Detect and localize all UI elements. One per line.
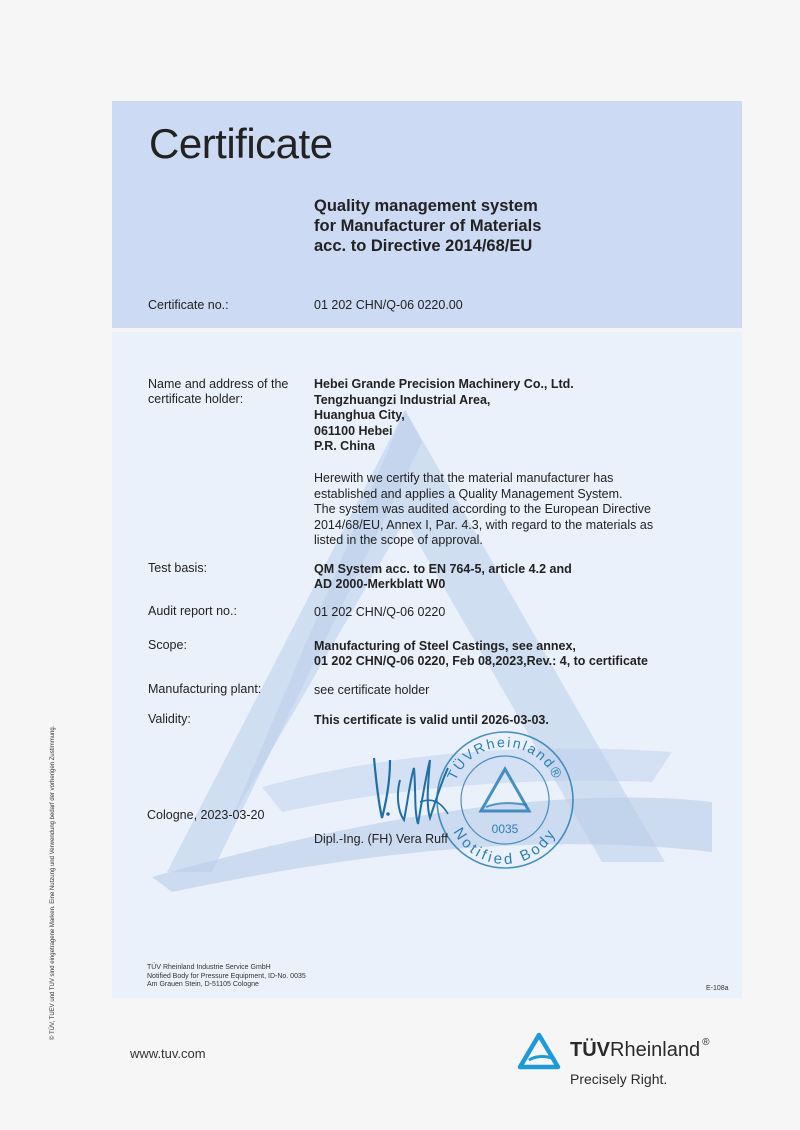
certificate-no-value: 01 202 CHN/Q-06 0220.00: [314, 298, 463, 313]
test-basis-value: QM System acc. to EN 764-5, article 4.2 …: [314, 562, 572, 592]
place-and-date: Cologne, 2023-03-20: [147, 808, 264, 822]
manufacturing-plant-label: Manufacturing plant:: [148, 682, 261, 697]
svg-text:0035: 0035: [492, 822, 519, 836]
certificate-no-label: Certificate no.:: [148, 298, 229, 313]
signer-name: Dipl.-Ing. (FH) Vera Ruff: [314, 832, 448, 846]
trademark-notice: © TÜV, TUEV und TUV sind eingetragene Ma…: [50, 726, 56, 1040]
issuer-address: TÜV Rheinland Industrie Service GmbH Not…: [147, 964, 306, 990]
signature-icon: [360, 740, 470, 840]
holder-address: Hebei Grande Precision Machinery Co., Lt…: [314, 377, 574, 455]
audit-report-label: Audit report no.:: [148, 604, 237, 619]
certification-statement: Herewith we certify that the material ma…: [314, 471, 653, 549]
scope-label: Scope:: [148, 638, 187, 653]
validity-label: Validity:: [148, 712, 191, 727]
tuv-rheinland-wordmark: TÜVRheinland®: [570, 1039, 709, 1062]
brand-tagline: Precisely Right.: [570, 1071, 667, 1087]
audit-report-value: 01 202 CHN/Q-06 0220: [314, 605, 445, 620]
test-basis-label: Test basis:: [148, 561, 207, 576]
website-link[interactable]: www.tuv.com: [130, 1046, 206, 1061]
holder-label: Name and address of the certificate hold…: [148, 377, 288, 407]
certificate-title: Certificate: [149, 120, 333, 168]
tuv-rheinland-logo-icon: [517, 1032, 565, 1072]
certificate-subtitle: Quality management system for Manufactur…: [314, 196, 541, 256]
scope-value: Manufacturing of Steel Castings, see ann…: [314, 639, 648, 669]
manufacturing-plant-value: see certificate holder: [314, 683, 429, 698]
form-code: E-108a: [706, 985, 729, 992]
